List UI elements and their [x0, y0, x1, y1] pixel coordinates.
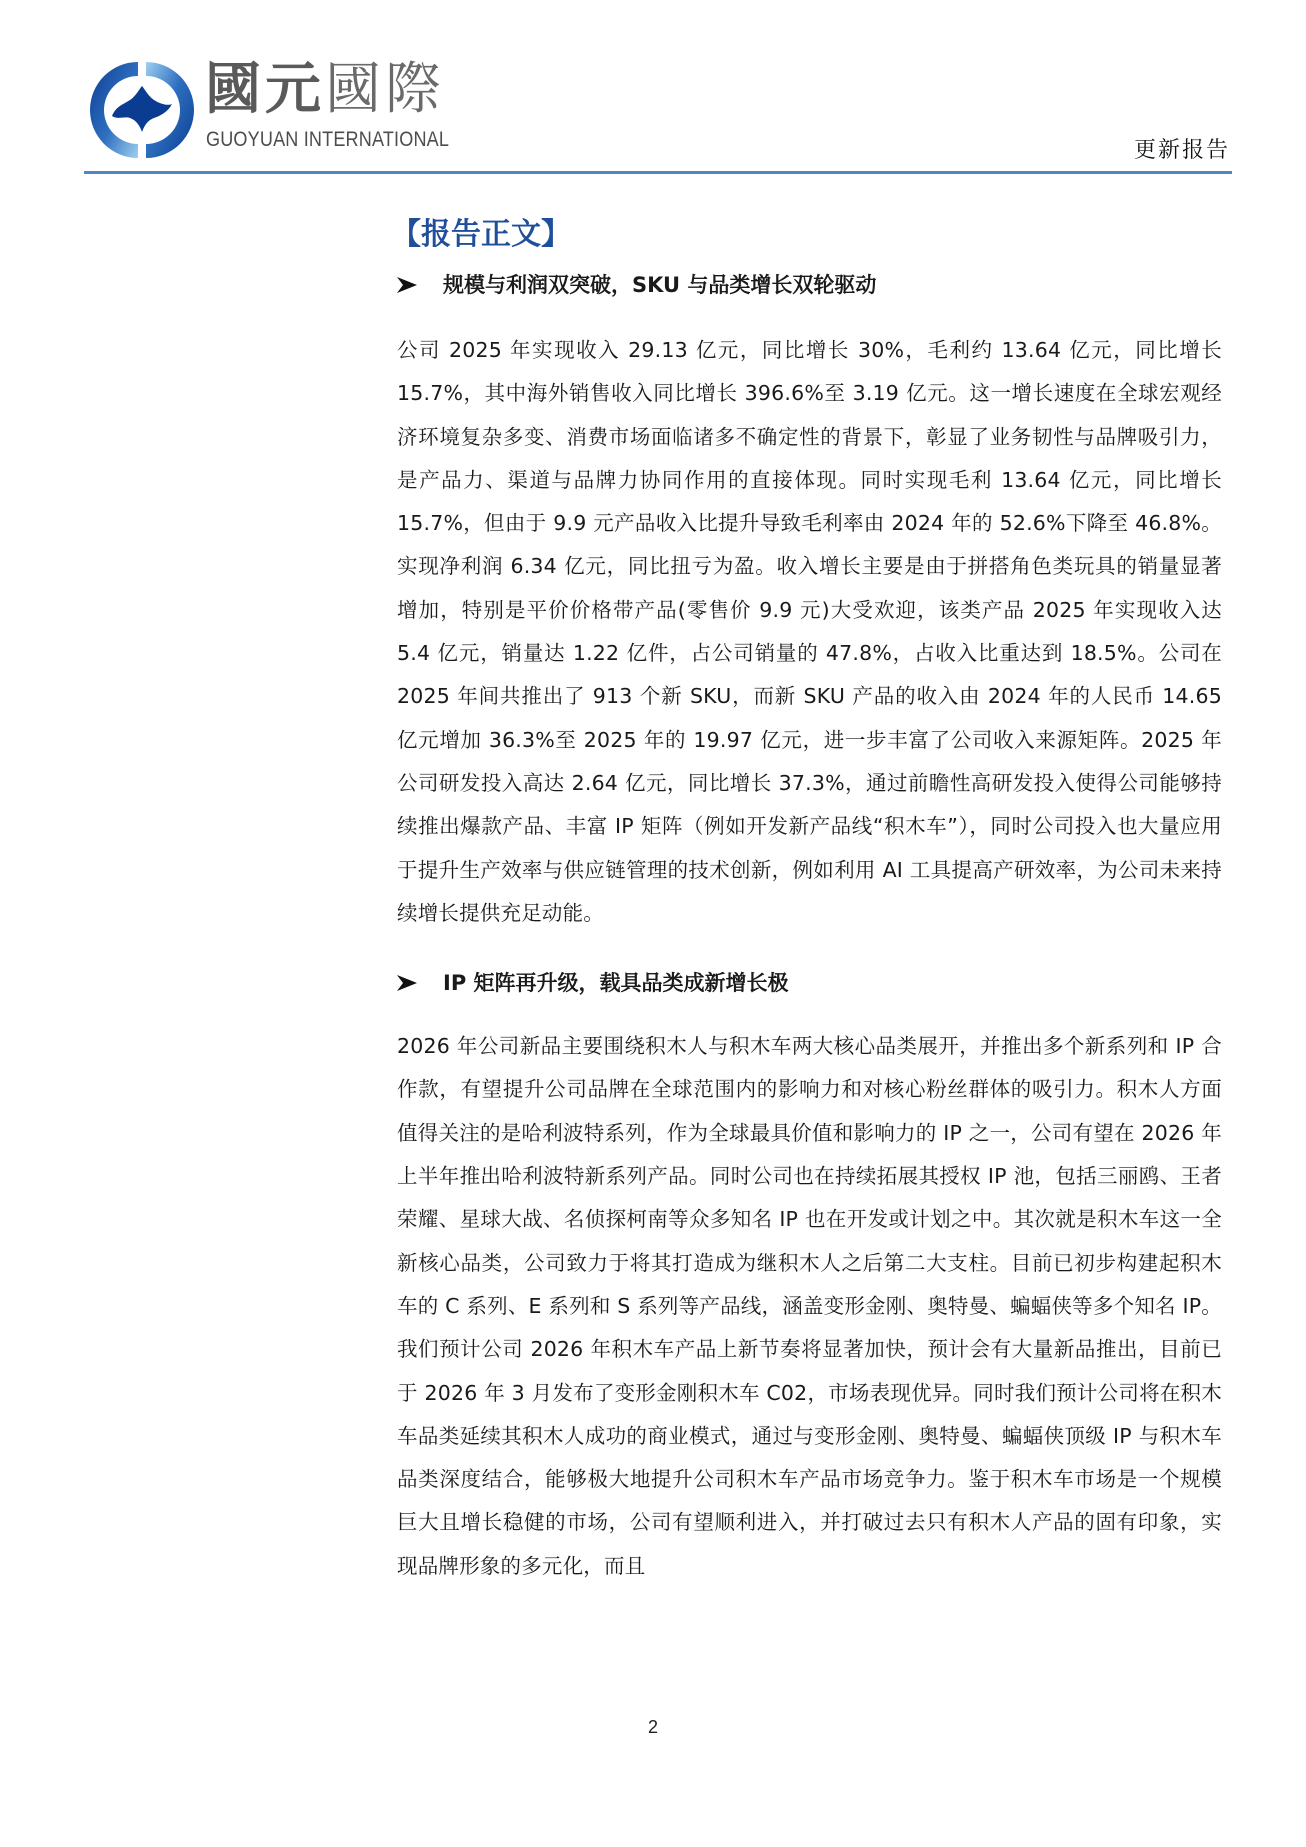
- header-divider: [84, 171, 1232, 174]
- brand-name-light: 國際: [325, 57, 445, 122]
- subsection-paragraph: 2026 年公司新品主要围绕积木人与积木车两大核心品类展开，并推出多个新系列和 …: [397, 1025, 1222, 1588]
- subsection-heading: 规模与利润双突破，SKU 与品类增长双轮驱动: [397, 265, 1222, 305]
- brand-name-chinese: 國元國際: [205, 58, 445, 122]
- report-type-label: 更新报告: [1134, 133, 1230, 164]
- subsection-heading-text: 规模与利润双突破，SKU 与品类增长双轮驱动: [443, 265, 876, 305]
- brand-name-bold: 國元: [205, 57, 325, 122]
- page-number: 2: [0, 1717, 1306, 1738]
- guoyuan-logo-icon: [90, 58, 194, 162]
- report-body: 【报告正文】 规模与利润双突破，SKU 与品类增长双轮驱动 公司 2025 年实…: [397, 215, 1222, 1588]
- subsection-heading: IP 矩阵再升级，载具品类成新增长极: [397, 963, 1222, 1003]
- section-title: 【报告正文】: [391, 215, 1222, 255]
- subsection-heading-text: IP 矩阵再升级，载具品类成新增长极: [443, 963, 789, 1003]
- subsection-paragraph: 公司 2025 年实现收入 29.13 亿元，同比增长 30%，毛利约 13.6…: [397, 329, 1222, 935]
- arrow-bullet-icon: [397, 975, 417, 991]
- arrow-bullet-icon: [397, 277, 417, 293]
- page-header: 國元國際 GUOYUAN INTERNATIONAL 更新报告: [0, 0, 1306, 180]
- brand-name-english: GUOYUAN INTERNATIONAL: [206, 128, 449, 152]
